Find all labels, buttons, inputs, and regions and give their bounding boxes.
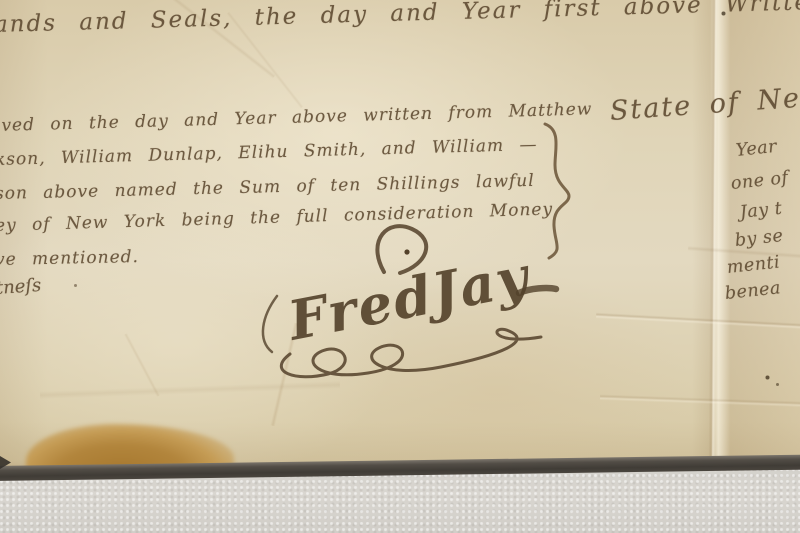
receipt-line: kson, William Dunlap, Elihu Smith, and W… (0, 135, 538, 170)
right-edge-fragment: Jay t (739, 199, 783, 223)
right-edge-fragment: Year (735, 137, 778, 161)
signature-loop-flourish (377, 226, 426, 273)
signature-name-text: FredJay (281, 243, 536, 353)
receipt-line: ived on the day and Year above written f… (0, 99, 593, 136)
state-heading-text: State of New (609, 81, 800, 127)
right-edge-fragment: one of (730, 168, 790, 194)
signature-underline-flourish (281, 329, 541, 377)
vertical-fold-crease (708, 0, 718, 474)
left-margin-word-fragment: tneſs (0, 275, 42, 299)
right-edge-fragment: by se (734, 226, 784, 251)
signature-dash-mark (519, 288, 556, 293)
right-edge-fragment: menti (726, 252, 781, 277)
receipt-line: ve mentioned. (0, 247, 139, 270)
receipt-line: son above named the Sum of ten Shillings… (0, 171, 535, 204)
horizontal-crease (600, 394, 800, 407)
vertical-crease (124, 333, 160, 397)
right-edge-fragment: benea (724, 278, 782, 304)
signature-ink-dot (404, 249, 409, 254)
ink-specks (0, 0, 3, 3)
parchment-document: ands and Seals, the day and Year first a… (0, 0, 800, 474)
photograph-of-manuscript: ands and Seals, the day and Year first a… (0, 0, 800, 533)
closing-line-text: ands and Seals, the day and Year first a… (0, 0, 800, 38)
vertical-crease (270, 323, 298, 426)
receipt-line: ey of New York being the full considerat… (0, 199, 553, 236)
wrinkle-shadow (40, 381, 340, 399)
horizontal-crease (596, 312, 800, 329)
signature-lead-stroke (263, 296, 277, 352)
curly-brace-mark (545, 124, 569, 258)
